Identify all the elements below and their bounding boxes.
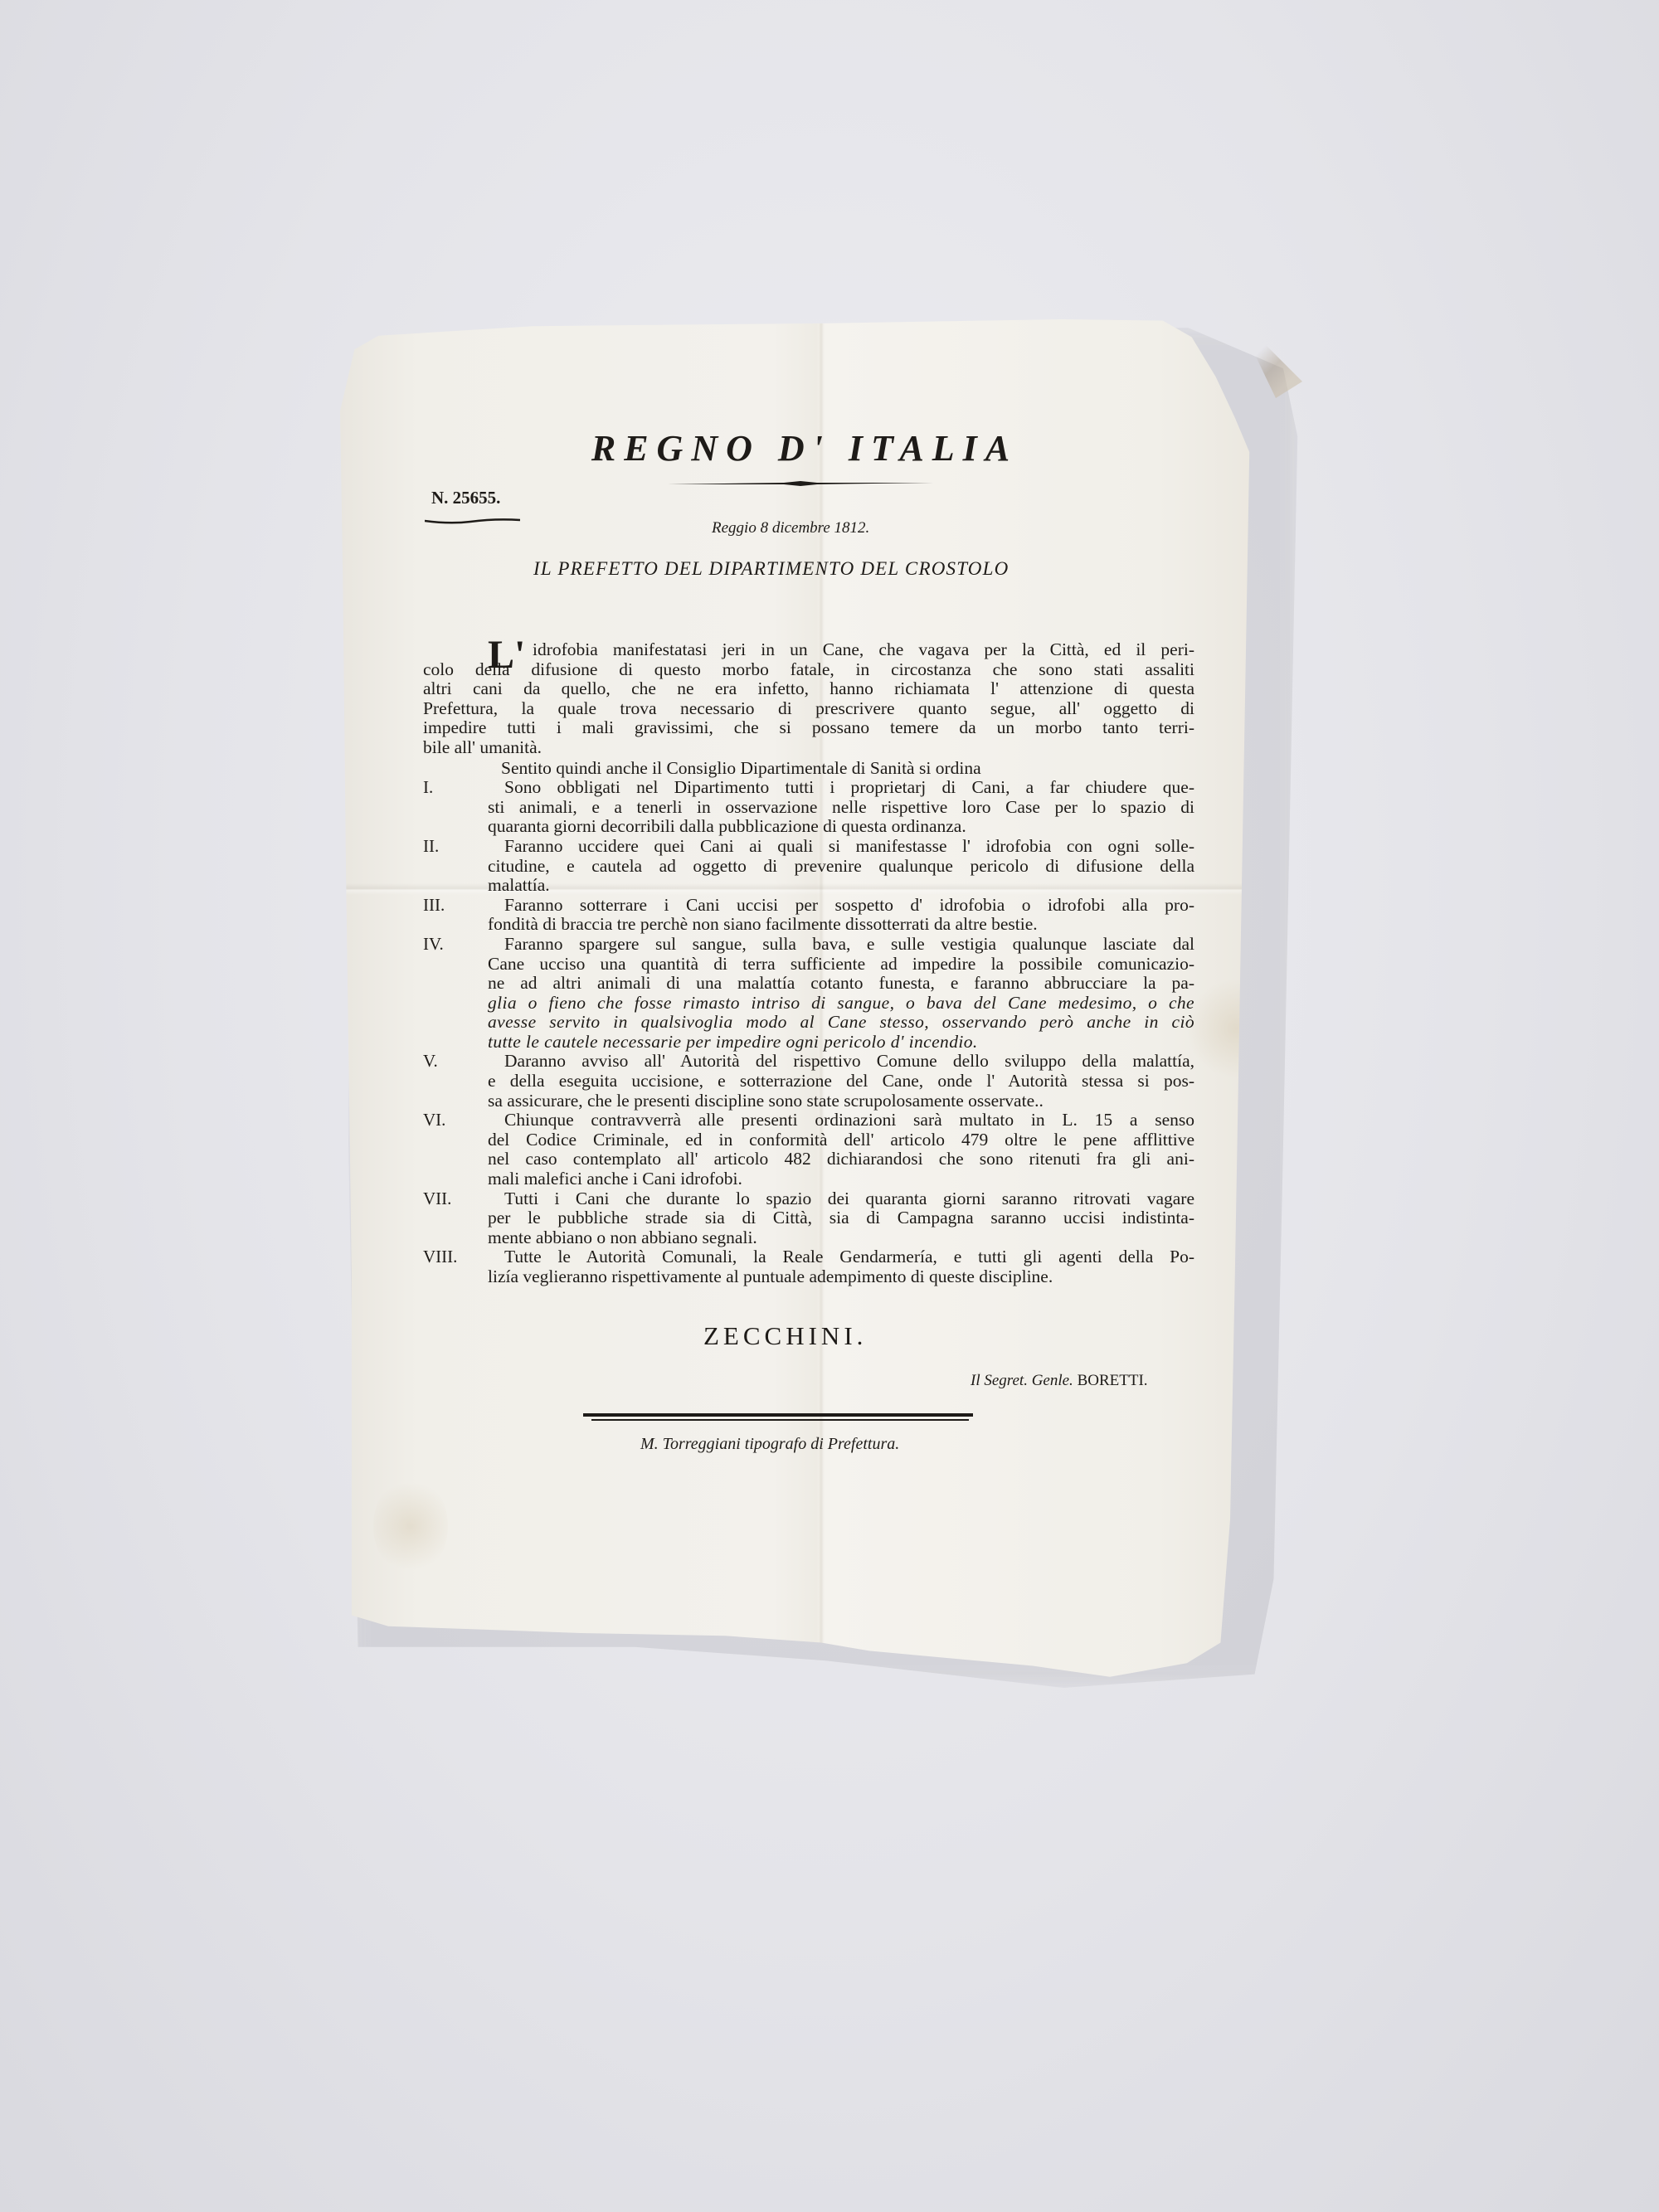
article-numeral: II. (423, 837, 439, 857)
article-numeral: VII. (423, 1189, 451, 1209)
article-line: Faranno sotterrare i Cani uccisi per sos… (488, 896, 1194, 916)
document-title: REGNO D' ITALIA (0, 427, 1634, 469)
intro-line: colo della difusione di questo morbo fat… (423, 660, 1194, 680)
article-numeral: I. (423, 778, 433, 798)
article-line: nel caso contemplato all' articolo 482 d… (488, 1150, 1194, 1169)
article-line: fondità di braccia tre perchè non siano … (488, 915, 1194, 935)
article-line: ne ad altri animali di una malattía cota… (488, 974, 1194, 994)
article-line: Faranno spargere sul sangue, sulla bava,… (488, 935, 1194, 955)
article-line: quaranta giorni decorribili dalla pubbli… (488, 817, 1194, 837)
secretary-name: BORETTI. (1078, 1372, 1148, 1389)
article-line: glia o fieno che fosse rimasto intriso d… (488, 994, 1194, 1014)
article-line: Chiunque contravverrà alle presenti ordi… (488, 1111, 1194, 1130)
article-line: Tutte le Autorità Comunali, la Reale Gen… (488, 1247, 1194, 1267)
article-4: IV.Faranno spargere sul sangue, sulla ba… (423, 935, 1194, 1053)
intro-line: idrofobia manifestatasi jeri in un Cane,… (423, 640, 1194, 660)
secretary-title: Il Segret. Genle. (971, 1372, 1073, 1389)
paper-stain (373, 1476, 448, 1576)
secretary-signature: Il Segret. Genle. BORETTI. (971, 1372, 1148, 1390)
article-1: I.Sono obbligati nel Dipartimento tutti … (423, 778, 1194, 837)
article-line: tutte le cautele necessarie per impedire… (488, 1033, 1194, 1053)
drop-cap: L' (488, 635, 525, 675)
order-line: Sentito quindi anche il Consiglio Dipart… (423, 759, 1194, 779)
article-numeral: IV. (423, 935, 444, 955)
article-line: Sono obbligati nel Dipartimento tutti i … (488, 778, 1194, 798)
document-body: L' idrofobia manifestatasi jeri in un Ca… (423, 640, 1194, 1287)
article-line: Tutti i Cani che durante lo spazio dei q… (488, 1189, 1194, 1209)
article-line: Daranno avviso all' Autorità del rispett… (488, 1052, 1194, 1072)
article-line: avesse servito in qualsivoglia modo al C… (488, 1013, 1194, 1033)
article-line: mali malefici anche i Cani idrofobi. (488, 1169, 1194, 1189)
article-numeral: III. (423, 896, 445, 916)
intro-line: bile all' umanità. (423, 738, 1194, 758)
intro-line: impedire tutti i mali gravissimi, che si… (423, 718, 1194, 738)
article-line: mente abbiano o non abbiano segnali. (488, 1228, 1194, 1248)
article-line: Faranno uccidere quei Cani ai quali si m… (488, 837, 1194, 857)
article-line: del Codice Criminale, ed in conformità d… (488, 1130, 1194, 1150)
article-line: per le pubbliche strade sia di Città, si… (488, 1208, 1194, 1228)
article-6: VI.Chiunque contravverrà alle presenti o… (423, 1111, 1194, 1189)
printer-double-rule (583, 1412, 973, 1424)
article-5: V.Daranno avviso all' Autorità del rispe… (423, 1052, 1194, 1111)
article-numeral: VI. (423, 1111, 445, 1130)
number-underline (425, 518, 520, 526)
intro-line: altri cani da quello, che ne era infetto… (423, 679, 1194, 699)
article-line: malattía. (488, 876, 1194, 896)
article-numeral: VIII. (423, 1247, 457, 1267)
dateline: Reggio 8 dicembre 1812. (712, 519, 869, 537)
article-line: citudine, e cautela ad oggetto di preven… (488, 857, 1194, 877)
article-7: VII.Tutti i Cani che durante lo spazio d… (423, 1189, 1194, 1248)
document-number: N. 25655. (431, 488, 500, 508)
intro-line: Prefettura, la quale trova necessario di… (423, 699, 1194, 719)
article-2: II.Faranno uccidere quei Cani ai quali s… (423, 837, 1194, 896)
article-8: VIII.Tutte le Autorità Comunali, la Real… (423, 1247, 1194, 1286)
article-line: lizía veglieranno rispettivamente al pun… (488, 1267, 1194, 1287)
article-line: Cane ucciso una quantità di terra suffic… (488, 955, 1194, 975)
article-line: sa assicurare, che le presenti disciplin… (488, 1091, 1194, 1111)
article-line: sti animali, e a tenerli in osservazione… (488, 798, 1194, 818)
printer-imprint: M. Torreggiani tipografo di Prefettura. (640, 1435, 899, 1454)
article-numeral: V. (423, 1052, 438, 1072)
title-ornament-rule (668, 479, 933, 488)
issuer-heading: IL PREFETTO DEL DIPARTIMENTO DEL CROSTOL… (533, 558, 1009, 580)
articles-list: I.Sono obbligati nel Dipartimento tutti … (423, 778, 1194, 1286)
intro-paragraph: L' idrofobia manifestatasi jeri in un Ca… (423, 640, 1194, 758)
article-line: e della eseguita uccisione, e sotterrazi… (488, 1072, 1194, 1091)
prefect-signature: ZECCHINI. (703, 1321, 867, 1351)
article-3: III.Faranno sotterrare i Cani uccisi per… (423, 896, 1194, 935)
